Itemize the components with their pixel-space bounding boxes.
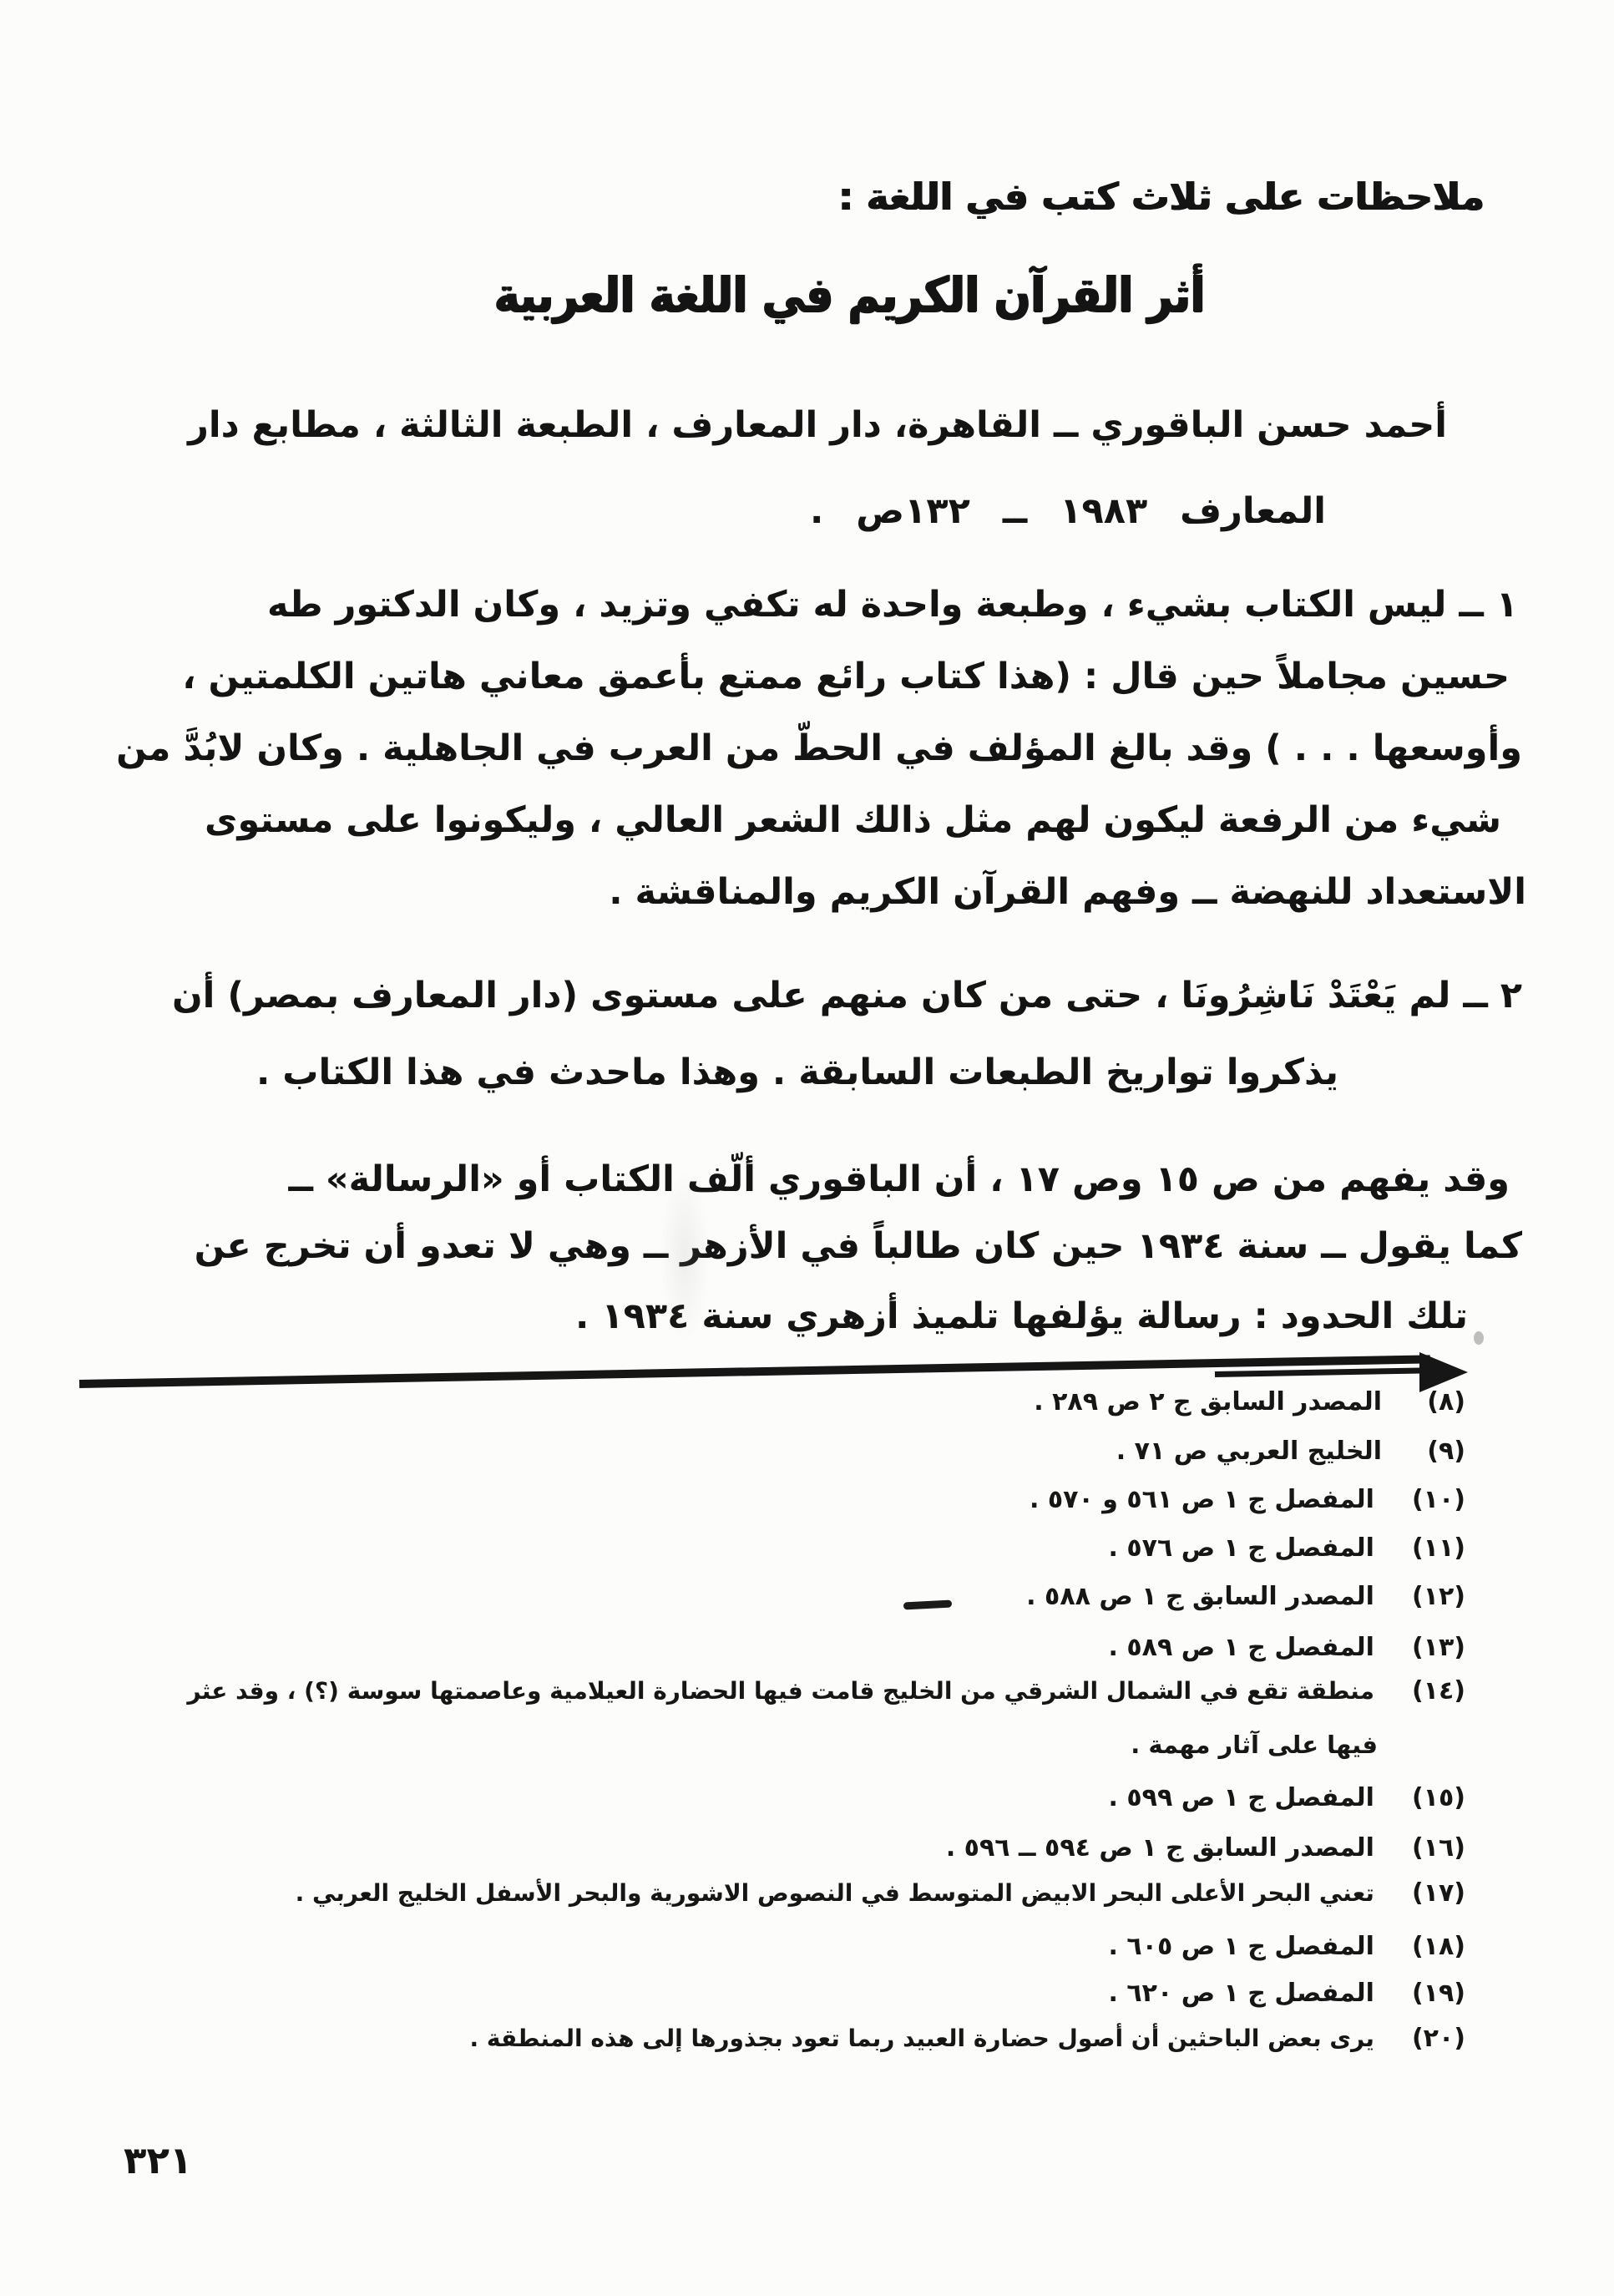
body-line: شيء من الرفعة ليكون لهم مثل ذالك الشعر ا… [205, 800, 1501, 841]
footnote-row: (١٦)المصدر السابق ج ١ ص ٥٩٤ ــ ٥٩٦ . [946, 1834, 1465, 1863]
footnote-number: (١٦) [1412, 1834, 1465, 1863]
footnote-number: (١٨) [1412, 1933, 1465, 1962]
footnote-row: (٢٠)يرى بعض الباحثين أن أصول حضارة العبي… [470, 2025, 1465, 2054]
footnote-number: (١٧) [1412, 1879, 1465, 1908]
footnote-text: الخليج العربي ص ٧١ . [1116, 1437, 1382, 1466]
body-line: وقد يفهم من ص ١٥ وص ١٧ ، أن الباقوري ألّ… [289, 1159, 1510, 1200]
footnote-row: (١٠)المفصل ج ١ ص ٥٦١ و ٥٧٠ . [1030, 1486, 1465, 1515]
body-line: ٢ ــ لم يَعْتَدْ نَاشِرُونَا ، حتى من كا… [172, 976, 1522, 1016]
footnote-row: (٩)الخليج العربي ص ٧١ . [1116, 1437, 1465, 1467]
footnote-text: المصدر السابق ج ٢ ص ٢٨٩ . [1034, 1387, 1382, 1417]
footnote-number: (٩) [1419, 1437, 1465, 1467]
footnote-text: يرى بعض الباحثين أن أصول حضارة العبيد رب… [470, 2025, 1374, 2052]
ink-speck [1474, 1331, 1484, 1345]
body-line: كما يقول ــ سنة ١٩٣٤ حين كان طالباً في ا… [195, 1226, 1522, 1267]
author-line: أحمد حسن الباقوري ــ القاهرة، دار المعار… [188, 405, 1447, 446]
author-line: المعارف ١٩٨٣ ــ ١٣٢ص . [810, 491, 1326, 532]
footnote-row: (١٨)المفصل ج ١ ص ٦٠٥ . [1108, 1933, 1465, 1962]
footnote-continuation: فيها على آثار مهمة . [1131, 1731, 1378, 1759]
body-line: ١ ــ ليس الكتاب بشيء ، وطبعة واحدة له تك… [267, 585, 1518, 626]
footnote-row: (١٩)المفصل ج ١ ص ٦٢٠ . [1108, 1979, 1465, 2009]
footnote-number: (١٠) [1412, 1486, 1465, 1515]
footnote-text: منطقة تقع في الشمال الشرقي من الخليج قام… [187, 1677, 1374, 1705]
footnote-text: المفصل ج ١ ص ٥٩٩ . [1108, 1783, 1374, 1812]
footnote-row: (١٧)تعني البحر الأعلى البحر الابيض المتو… [296, 1879, 1465, 1908]
body-line: وأوسعها . . . ) وقد بالغ المؤلف في الحطّ… [116, 728, 1522, 769]
footnote-row: (١٥)المفصل ج ١ ص ٥٩٩ . [1108, 1784, 1465, 1813]
footnote-separator-line-double [1215, 1367, 1428, 1377]
body-line: تلك الحدود : رسالة يؤلفها تلميذ أزهري سن… [575, 1296, 1468, 1337]
arrow-right-icon [1419, 1352, 1468, 1392]
footnote-text: تعني البحر الأعلى البحر الابيض المتوسط ف… [296, 1879, 1374, 1907]
footnote-number: (١٣) [1412, 1634, 1465, 1663]
body-line: الاستعداد للنهضة ــ وفهم القرآن الكريم و… [609, 872, 1526, 913]
footnote-number: (١٥) [1412, 1784, 1465, 1813]
footnote-number: (٢٠) [1412, 2025, 1465, 2054]
footnote-row: (٨)المصدر السابق ج ٢ ص ٢٨٩ . [1034, 1388, 1465, 1417]
footnote-text: المفصل ج ١ ص ٦٠٥ . [1108, 1932, 1374, 1961]
book-title: أثر القرآن الكريم في اللغة العربية [494, 267, 1205, 323]
footnote-text: المفصل ج ١ ص ٥٦١ و ٥٧٠ . [1030, 1485, 1374, 1514]
scan-smudge [660, 1169, 710, 1345]
footnote-row: (١٤)منطقة تقع في الشمال الشرقي من الخليج… [187, 1677, 1465, 1706]
footnote-text: المفصل ج ١ ص ٦٢٠ . [1108, 1979, 1374, 2008]
footnote-text: المصدر السابق ج ١ ص ٥٩٤ ــ ٥٩٦ . [946, 1833, 1374, 1863]
footnote-row: (١٣)المفصل ج ١ ص ٥٨٩ . [1108, 1634, 1465, 1663]
footnote-text: المصدر السابق ج ١ ص ٥٨٨ . [1026, 1582, 1374, 1611]
footnote-row: (١١)المفصل ج ١ ص ٥٧٦ . [1108, 1534, 1465, 1564]
footnote-row: (١٢)المصدر السابق ج ١ ص ٥٨٨ . [1026, 1583, 1465, 1612]
footnote-number: (١١) [1412, 1534, 1465, 1564]
footnote-number: (١٤) [1412, 1677, 1465, 1706]
footnote-number: (١٩) [1412, 1979, 1465, 2009]
body-line: يذكروا تواريخ الطبعات السابقة . وهذا ماح… [256, 1052, 1338, 1093]
footnote-text: المفصل ج ١ ص ٥٧٦ . [1108, 1533, 1374, 1563]
page-number: ٣٢١ [124, 2138, 192, 2182]
footnote-number: (١٢) [1412, 1583, 1465, 1612]
footnote-text: المفصل ج ١ ص ٥٨٩ . [1108, 1633, 1374, 1662]
body-line: حسين مجاملاً حين قال : (هذا كتاب رائع مم… [182, 656, 1510, 697]
page-header-note: ملاحظات على ثلاث كتب في اللغة : [838, 175, 1485, 219]
scanned-book-page: ملاحظات على ثلاث كتب في اللغة : أثر القر… [0, 0, 1614, 2296]
footnote-number: (٨) [1419, 1388, 1465, 1417]
handwritten-dash-mark [903, 1599, 952, 1609]
